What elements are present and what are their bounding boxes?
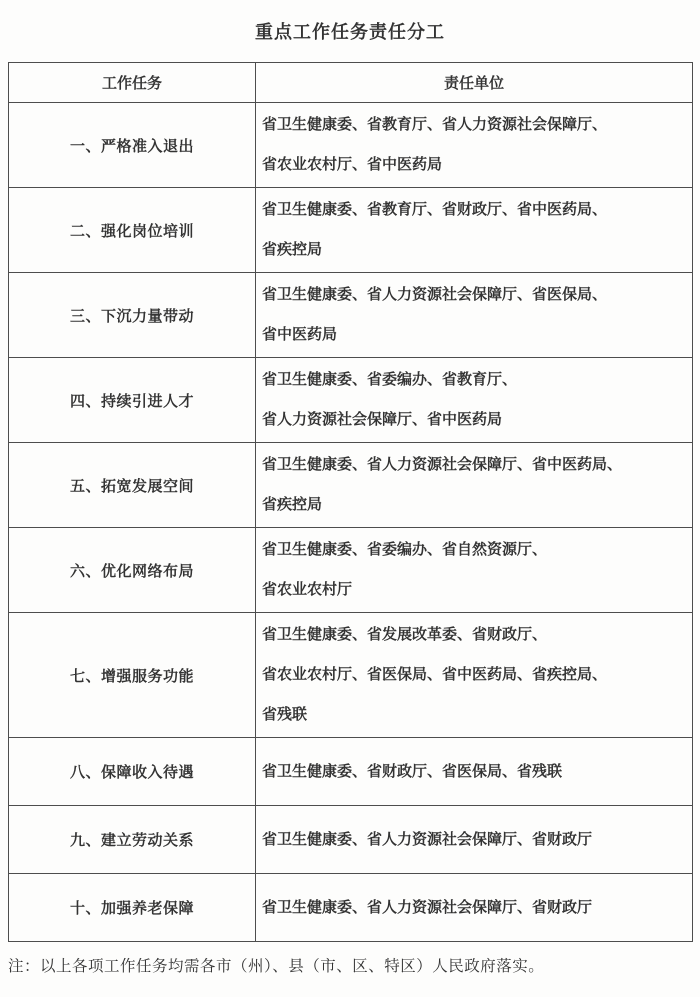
units-cell: 省卫生健康委、省人力资源社会保障厅、省财政厅 [256,874,693,942]
unit-line: 省卫生健康委、省教育厅、省人力资源社会保障厅、 [262,105,686,145]
unit-line: 省卫生健康委、省人力资源社会保障厅、省医保局、 [262,275,686,315]
unit-line: 省疾控局 [262,230,686,270]
unit-line: 省卫生健康委、省委编办、省自然资源厅、 [262,530,686,570]
column-header-unit: 责任单位 [256,63,693,103]
unit-line: 省卫生健康委、省人力资源社会保障厅、省中医药局、 [262,445,686,485]
unit-line: 省农业农村厅、省中医药局 [262,145,686,185]
table-row: 四、持续引进人才省卫生健康委、省委编办、省教育厅、省人力资源社会保障厅、省中医药… [9,358,693,443]
task-cell: 八、保障收入待遇 [9,738,256,806]
units-cell: 省卫生健康委、省委编办、省自然资源厅、省农业农村厅 [256,528,693,613]
task-cell: 二、强化岗位培训 [9,188,256,273]
table-row: 一、严格准入退出省卫生健康委、省教育厅、省人力资源社会保障厅、省农业农村厅、省中… [9,103,693,188]
units-cell: 省卫生健康委、省发展改革委、省财政厅、省农业农村厅、省医保局、省中医药局、省疾控… [256,613,693,738]
unit-line: 省卫生健康委、省财政厅、省医保局、省残联 [262,752,686,792]
unit-line: 省卫生健康委、省人力资源社会保障厅、省财政厅 [262,888,686,928]
unit-line: 省卫生健康委、省委编办、省教育厅、 [262,360,686,400]
table-row: 九、建立劳动关系省卫生健康委、省人力资源社会保障厅、省财政厅 [9,806,693,874]
task-cell: 七、增强服务功能 [9,613,256,738]
unit-line: 省人力资源社会保障厅、省中医药局 [262,400,686,440]
table-row: 十、加强养老保障省卫生健康委、省人力资源社会保障厅、省财政厅 [9,874,693,942]
table-row: 五、拓宽发展空间省卫生健康委、省人力资源社会保障厅、省中医药局、省疾控局 [9,443,693,528]
table-row: 二、强化岗位培训省卫生健康委、省教育厅、省财政厅、省中医药局、省疾控局 [9,188,693,273]
unit-line: 省卫生健康委、省发展改革委、省财政厅、 [262,615,686,655]
unit-line: 省残联 [262,695,686,735]
header-row: 工作任务 责任单位 [9,63,693,103]
units-cell: 省卫生健康委、省委编办、省教育厅、省人力资源社会保障厅、省中医药局 [256,358,693,443]
unit-line: 省农业农村厅 [262,570,686,610]
unit-line: 省卫生健康委、省教育厅、省财政厅、省中医药局、 [262,190,686,230]
unit-line: 省疾控局 [262,485,686,525]
page-title: 重点工作任务责任分工 [8,18,692,44]
units-cell: 省卫生健康委、省人力资源社会保障厅、省医保局、省中医药局 [256,273,693,358]
units-cell: 省卫生健康委、省财政厅、省医保局、省残联 [256,738,693,806]
task-cell: 六、优化网络布局 [9,528,256,613]
task-cell: 九、建立劳动关系 [9,806,256,874]
unit-line: 省农业农村厅、省医保局、省中医药局、省疾控局、 [262,655,686,695]
table-row: 七、增强服务功能省卫生健康委、省发展改革委、省财政厅、省农业农村厅、省医保局、省… [9,613,693,738]
task-cell: 三、下沉力量带动 [9,273,256,358]
task-cell: 四、持续引进人才 [9,358,256,443]
units-cell: 省卫生健康委、省教育厅、省财政厅、省中医药局、省疾控局 [256,188,693,273]
document-page: 重点工作任务责任分工 工作任务 责任单位 一、严格准入退出省卫生健康委、省教育厅… [0,0,700,997]
table-body: 一、严格准入退出省卫生健康委、省教育厅、省人力资源社会保障厅、省农业农村厅、省中… [9,103,693,942]
task-cell: 十、加强养老保障 [9,874,256,942]
footnote: 注：以上各项工作任务均需各市（州）、县（市、区、特区）人民政府落实。 [8,954,692,976]
table-row: 三、下沉力量带动省卫生健康委、省人力资源社会保障厅、省医保局、省中医药局 [9,273,693,358]
task-cell: 一、严格准入退出 [9,103,256,188]
units-cell: 省卫生健康委、省教育厅、省人力资源社会保障厅、省农业农村厅、省中医药局 [256,103,693,188]
column-header-task: 工作任务 [9,63,256,103]
units-cell: 省卫生健康委、省人力资源社会保障厅、省财政厅 [256,806,693,874]
responsibility-table: 工作任务 责任单位 一、严格准入退出省卫生健康委、省教育厅、省人力资源社会保障厅… [8,62,693,942]
table-row: 八、保障收入待遇省卫生健康委、省财政厅、省医保局、省残联 [9,738,693,806]
table-row: 六、优化网络布局省卫生健康委、省委编办、省自然资源厅、省农业农村厅 [9,528,693,613]
units-cell: 省卫生健康委、省人力资源社会保障厅、省中医药局、省疾控局 [256,443,693,528]
task-cell: 五、拓宽发展空间 [9,443,256,528]
unit-line: 省卫生健康委、省人力资源社会保障厅、省财政厅 [262,820,686,860]
unit-line: 省中医药局 [262,315,686,355]
